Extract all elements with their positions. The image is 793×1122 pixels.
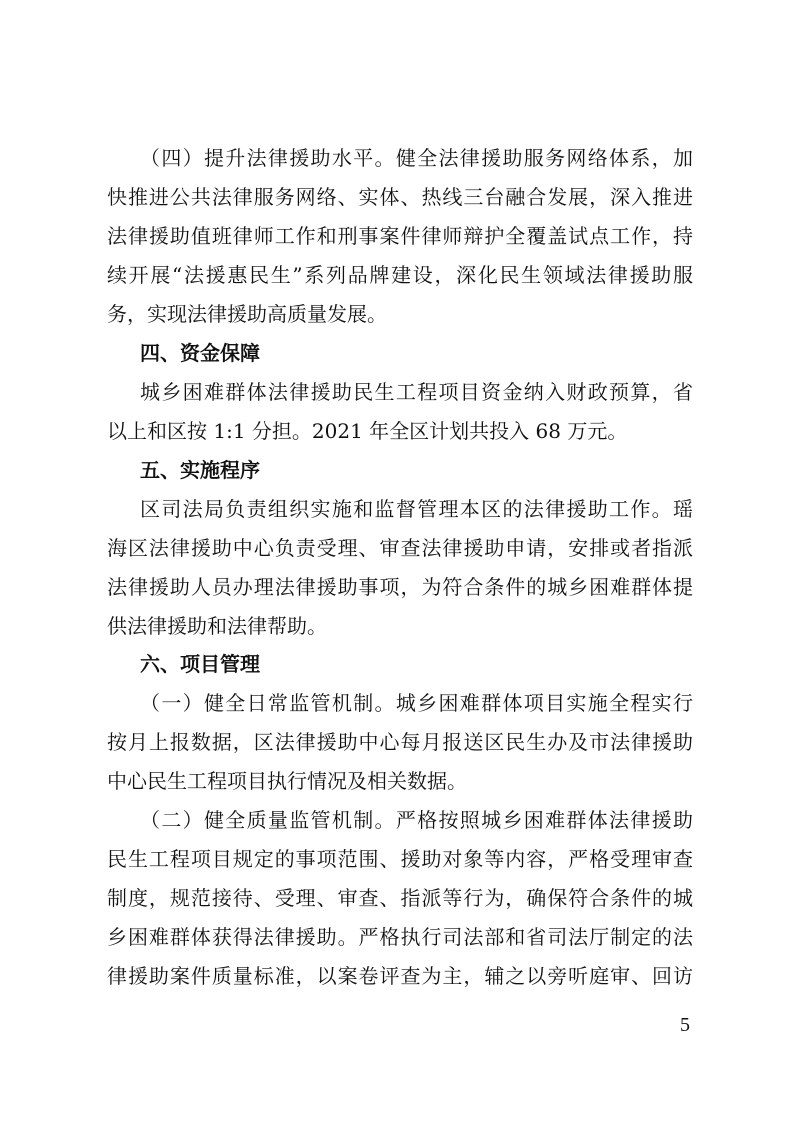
paragraph-line: （二）健全质量监管机制。严格按照城乡困难群体法律援助 — [140, 805, 693, 835]
paragraph-line: 乡困难群体获得法律援助。严格执行司法部和省司法厅制定的法 — [107, 922, 693, 952]
page-number: 5 — [680, 1012, 690, 1038]
section-heading-management: 六、项目管理 — [140, 649, 693, 679]
document-page: （四）提升法律援助水平。健全法律援助服务网络体系，加 快推进公共法律服务网络、实… — [0, 0, 793, 1122]
paragraph-line: 供法律援助和法律帮助。 — [107, 611, 693, 641]
paragraph-line: 民生工程项目规定的事项范围、援助对象等内容，严格受理审查 — [107, 844, 693, 874]
paragraph-line: 法律援助值班律师工作和刑事案件律师辩护全覆盖试点工作，持 — [107, 221, 693, 251]
paragraph-line: 法律援助人员办理法律援助事项，为符合条件的城乡困难群体提 — [107, 572, 693, 602]
paragraph-line: （四）提升法律援助水平。健全法律援助服务网络体系，加 — [140, 143, 693, 173]
section-heading-procedure: 五、实施程序 — [140, 455, 693, 485]
paragraph-line: 律援助案件质量标准，以案卷评查为主，辅之以旁听庭审、回访 — [107, 961, 693, 991]
paragraph-line: 以上和区按 1:1 分担。2021 年全区计划共投入 68 万元。 — [107, 416, 693, 446]
paragraph-line: 务，实现法律援助高质量发展。 — [107, 299, 693, 329]
paragraph-line: （一）健全日常监管机制。城乡困难群体项目实施全程实行 — [140, 688, 693, 718]
paragraph-line: 城乡困难群体法律援助民生工程项目资金纳入财政预算，省 — [140, 377, 693, 407]
paragraph-line: 中心民生工程项目执行情况及相关数据。 — [107, 766, 693, 796]
paragraph-line: 制度，规范接待、受理、审查、指派等行为，确保符合条件的城 — [107, 883, 693, 913]
paragraph-line: 快推进公共法律服务网络、实体、热线三台融合发展，深入推进 — [107, 182, 693, 212]
paragraph-line: 续开展“法援惠民生”系列品牌建设，深化民生领域法律援助服 — [107, 260, 693, 290]
paragraph-line: 海区法律援助中心负责受理、审查法律援助申请，安排或者指派 — [107, 533, 693, 563]
paragraph-line: 区司法局负责组织实施和监督管理本区的法律援助工作。瑶 — [140, 494, 693, 524]
paragraph-line: 按月上报数据，区法律援助中心每月报送区民生办及市法律援助 — [107, 727, 693, 757]
section-heading-funding: 四、资金保障 — [140, 338, 693, 368]
